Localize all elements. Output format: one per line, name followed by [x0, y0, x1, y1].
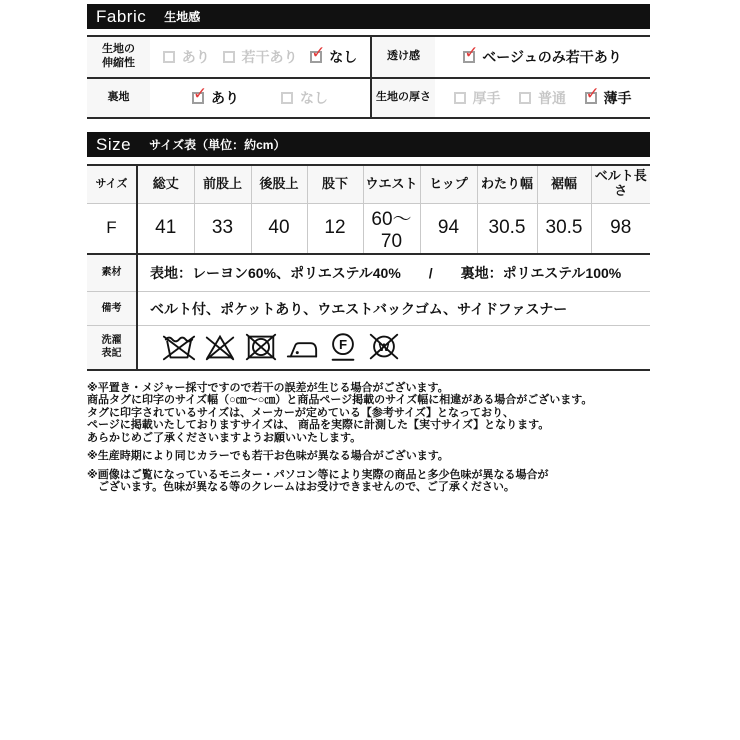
checkbox-option-label: あり — [211, 88, 239, 108]
checkbox[interactable] — [519, 92, 531, 104]
size-column-header: 前股上 — [194, 165, 251, 203]
notes-line: ページに掲載いたしておりますサイズは、 商品を実際に計測した【実寸サイズ】となり… — [87, 419, 650, 432]
notes-line: あらかじめご了承くださいますようお願いいたします。 — [87, 432, 650, 445]
check-icon: ✓ — [311, 44, 325, 61]
check-icon: ✓ — [586, 85, 600, 102]
checkbox[interactable]: ✓ — [585, 92, 597, 104]
notes-line: ※生産時期により同じカラーでも若干お色味が異なる場合がございます。 — [87, 450, 650, 463]
checkbox[interactable]: ✓ — [463, 51, 475, 63]
checkbox-option-label: 若干あり — [242, 47, 298, 67]
detail-row-label: 素材 — [87, 254, 137, 292]
size-column-header: サイズ — [87, 165, 137, 203]
do-not-wash-icon — [162, 331, 196, 363]
size-column-header: ベルト長さ — [591, 165, 650, 203]
checkbox-option[interactable]: あり — [163, 47, 210, 67]
checkbox-option-label: なし — [329, 47, 357, 67]
check-icon: ✓ — [193, 85, 207, 102]
size-value-cell: 41 — [137, 203, 194, 254]
fabric-property-label: 裏地 — [87, 79, 150, 117]
notes-paragraph: ※画像はご覧になっているモニター・パソコン等により実際の商品と多少色味が異なる場… — [87, 469, 650, 494]
checkbox-option-label: 薄手 — [604, 88, 632, 108]
checkbox-option[interactable]: 若干あり — [223, 47, 298, 67]
notes-line: ※平置き・メジャー採寸ですので若干の誤差が生じる場合がございます。 — [87, 382, 650, 395]
fabric-row: 生地の 伸縮性あり若干あり✓なし透け感✓ベージュのみ若干あり — [87, 37, 650, 77]
product-spec-page: Fabric 生地感 生地の 伸縮性あり若干あり✓なし透け感✓ベージュのみ若干あ… — [87, 4, 650, 494]
detail-row: 素材表地：レーヨン60%、ポリエステル40% / 裏地：ポリエステル100% — [87, 254, 650, 292]
checkbox-option[interactable]: ✓ベージュのみ若干あり — [463, 47, 621, 67]
fabric-table: 生地の 伸縮性あり若干あり✓なし透け感✓ベージュのみ若干あり裏地✓ありなし生地の… — [87, 35, 650, 119]
fabric-cell-group: 透け感✓ベージュのみ若干あり — [370, 37, 650, 77]
fabric-options: 厚手普通✓薄手 — [435, 79, 650, 117]
size-value-cell: 30.5 — [477, 203, 537, 254]
notes-line: ございます。色味が異なる等のクレームはお受けできませんので、ご了承ください。 — [87, 481, 650, 494]
iron-low-icon — [285, 331, 319, 363]
size-column-header: 股下 — [307, 165, 363, 203]
fabric-options: あり若干あり✓なし — [150, 37, 370, 77]
size-header-title-en: Size — [87, 135, 131, 155]
notes-line: ※画像はご覧になっているモニター・パソコン等により実際の商品と多少色味が異なる場… — [87, 469, 650, 482]
detail-row-value: FW — [137, 326, 650, 370]
fabric-cell-group: 生地の 伸縮性あり若干あり✓なし — [87, 37, 370, 77]
size-value-cell: 60〜70 — [363, 203, 420, 254]
size-value-cell: 40 — [251, 203, 307, 254]
fabric-property-label: 生地の 伸縮性 — [87, 37, 150, 77]
checkbox-option[interactable]: ✓なし — [310, 47, 357, 67]
notes-line: タグに印字されているサイズは、メーカーが定めている【参考サイズ】となっており、 — [87, 407, 650, 420]
size-header-title-ja: サイズ表（単位：約cm） — [149, 136, 285, 153]
detail-row-label: 洗濯 表記 — [87, 326, 137, 370]
fabric-section-header: Fabric 生地感 — [87, 4, 650, 29]
notes-paragraph: ※平置き・メジャー採寸ですので若干の誤差が生じる場合がございます。商品タグに印字… — [87, 382, 650, 445]
size-value-cell: 33 — [194, 203, 251, 254]
detail-row: 洗濯 表記FW — [87, 326, 650, 370]
checkbox[interactable] — [163, 51, 175, 63]
fabric-cell-group: 裏地✓ありなし — [87, 79, 370, 117]
size-notes: ※平置き・メジャー採寸ですので若干の誤差が生じる場合がございます。商品タグに印字… — [87, 382, 650, 494]
detail-row-value: ベルト付、ポケットあり、ウエストバックゴム、サイドファスナー — [137, 292, 650, 326]
size-column-header: ウエスト — [363, 165, 420, 203]
dry-clean-f-icon: F — [326, 331, 360, 363]
size-value-cell: 12 — [307, 203, 363, 254]
do-not-bleach-icon — [203, 331, 237, 363]
checkbox[interactable]: ✓ — [310, 51, 322, 63]
size-table: サイズ総丈前股上後股上股下ウエストヒップわたり幅裾幅ベルト長さF41334012… — [87, 164, 650, 371]
fabric-header-title-en: Fabric — [87, 7, 146, 27]
checkbox-option[interactable]: なし — [281, 88, 328, 108]
checkbox[interactable] — [281, 92, 293, 104]
checkbox[interactable] — [454, 92, 466, 104]
fabric-options: ✓ベージュのみ若干あり — [435, 37, 650, 77]
fabric-header-title-ja: 生地感 — [164, 8, 200, 25]
fabric-property-label: 生地の厚さ — [372, 79, 435, 117]
laundry-care-icons: FW — [150, 331, 650, 363]
checkbox[interactable] — [223, 51, 235, 63]
svg-text:F: F — [339, 337, 347, 352]
checkbox-option-label: 普通 — [538, 88, 566, 108]
size-name-cell: F — [87, 203, 137, 254]
checkbox-option-label: 厚手 — [473, 88, 501, 108]
size-section-header: Size サイズ表（単位：約cm） — [87, 132, 650, 157]
detail-row-label: 備考 — [87, 292, 137, 326]
fabric-cell-group: 生地の厚さ厚手普通✓薄手 — [370, 79, 650, 117]
checkbox[interactable]: ✓ — [192, 92, 204, 104]
checkbox-option-label: なし — [300, 88, 328, 108]
fabric-row: 裏地✓ありなし生地の厚さ厚手普通✓薄手 — [87, 77, 650, 117]
checkbox-option[interactable]: 厚手 — [454, 88, 501, 108]
notes-line: 商品タグに印字のサイズ幅（○㎝〜○㎝）と商品ページ掲載のサイズ幅に相違がある場合… — [87, 394, 650, 407]
detail-row: 備考ベルト付、ポケットあり、ウエストバックゴム、サイドファスナー — [87, 292, 650, 326]
do-not-wet-clean-icon: W — [367, 331, 401, 363]
fabric-options: ✓ありなし — [150, 79, 370, 117]
check-icon: ✓ — [464, 44, 478, 61]
fabric-property-label: 透け感 — [372, 37, 435, 77]
size-column-header: 後股上 — [251, 165, 307, 203]
size-column-header: ヒップ — [420, 165, 477, 203]
checkbox-option[interactable]: ✓薄手 — [585, 88, 632, 108]
size-value-cell: 94 — [420, 203, 477, 254]
size-column-header: わたり幅 — [477, 165, 537, 203]
size-column-header: 裾幅 — [537, 165, 591, 203]
size-value-cell: 30.5 — [537, 203, 591, 254]
do-not-tumble-dry-icon — [244, 331, 278, 363]
checkbox-option-label: あり — [182, 47, 210, 67]
detail-row-value: 表地：レーヨン60%、ポリエステル40% / 裏地：ポリエステル100% — [137, 254, 650, 292]
size-header-row: サイズ総丈前股上後股上股下ウエストヒップわたり幅裾幅ベルト長さ — [87, 165, 650, 203]
checkbox-option-label: ベージュのみ若干あり — [482, 47, 621, 67]
size-data-row: F4133401260〜709430.530.598 — [87, 203, 650, 254]
checkbox-option[interactable]: ✓あり — [192, 88, 239, 108]
notes-paragraph: ※生産時期により同じカラーでも若干お色味が異なる場合がございます。 — [87, 450, 650, 463]
size-column-header: 総丈 — [137, 165, 194, 203]
size-value-cell: 98 — [591, 203, 650, 254]
checkbox-option[interactable]: 普通 — [519, 88, 566, 108]
